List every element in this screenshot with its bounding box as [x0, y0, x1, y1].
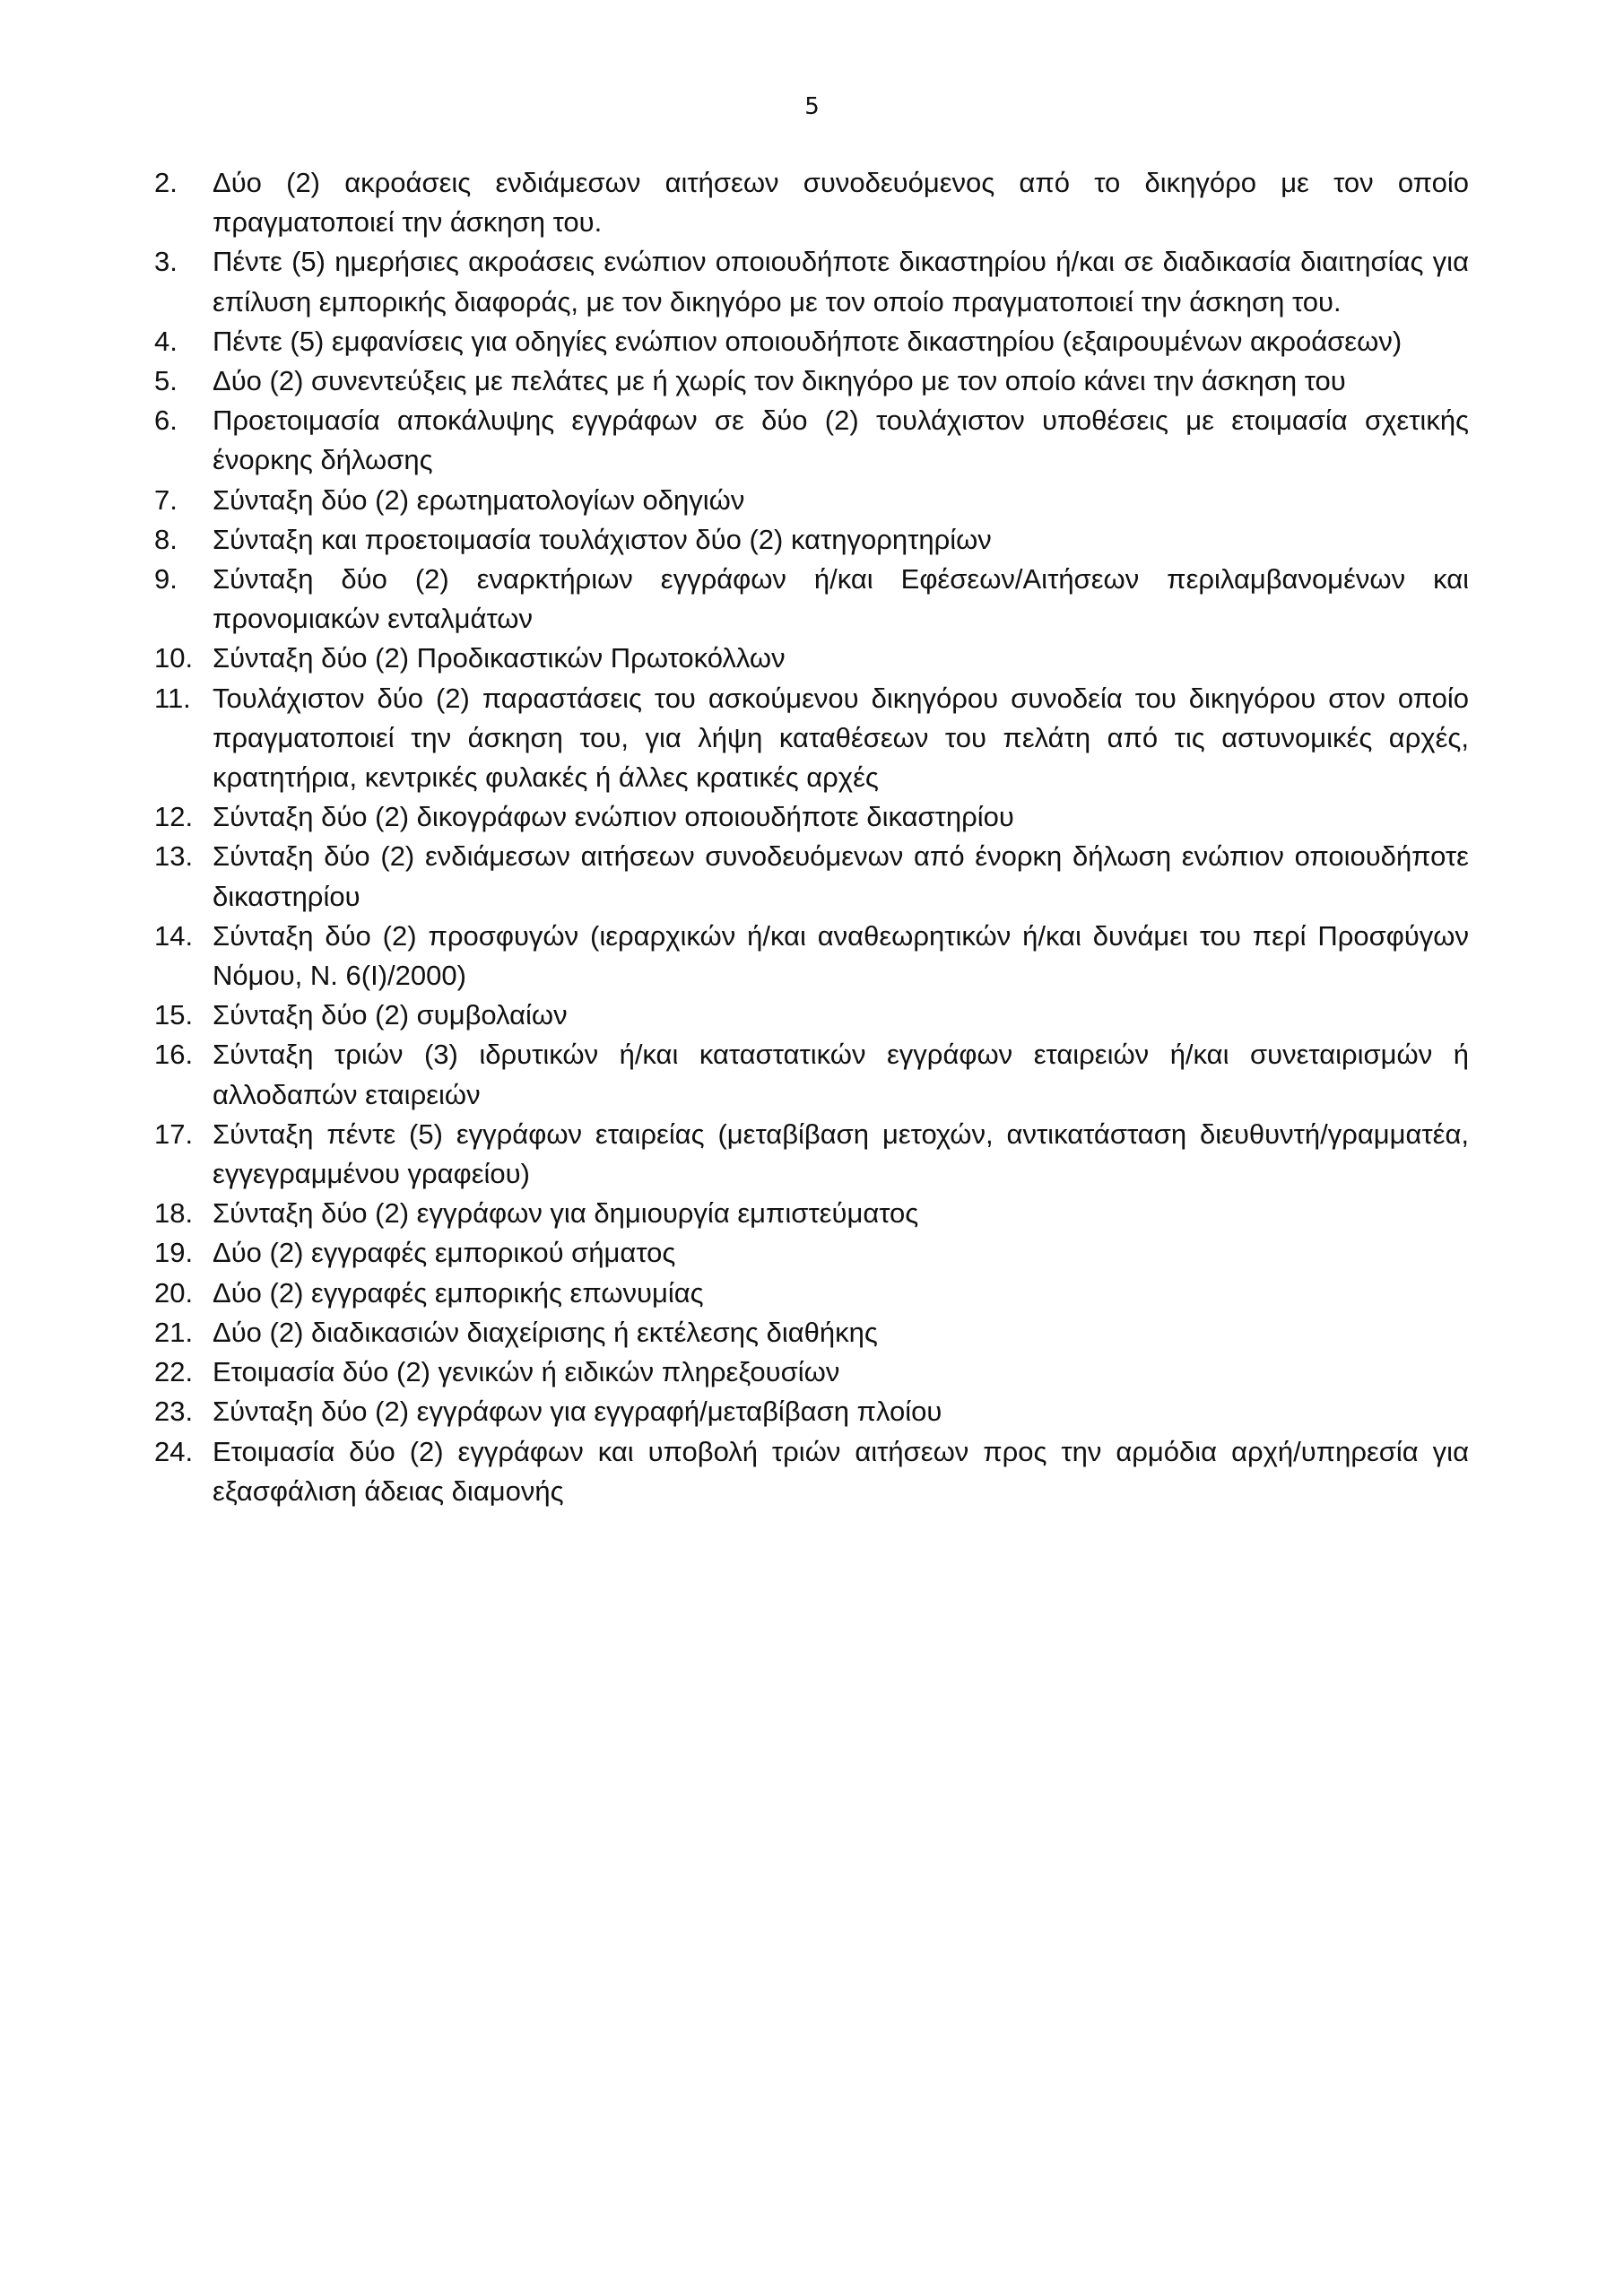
list-item: 10. Σύνταξη δύο (2) Προδικαστικών Πρωτοκ…	[154, 639, 1469, 678]
list-item-number: 2.	[154, 163, 178, 203]
list-item: 2. Δύο (2) ακροάσεις ενδιάμεσων αιτήσεων…	[154, 163, 1469, 242]
list-item-text: Δύο (2) εγγραφές εμπορικής επωνυμίας	[213, 1274, 1469, 1313]
list-item: 16. Σύνταξη τριών (3) ιδρυτικών ή/και κα…	[154, 1035, 1469, 1114]
list-item-number: 11.	[154, 679, 191, 718]
list-item-number: 24.	[154, 1432, 193, 1472]
list-item-text: Σύνταξη πέντε (5) εγγράφων εταιρείας (με…	[213, 1115, 1469, 1194]
list-item: 9. Σύνταξη δύο (2) εναρκτήριων εγγράφων …	[154, 560, 1469, 639]
list-item-text: Σύνταξη και προετοιμασία τουλάχιστον δύο…	[213, 520, 1469, 560]
list-item-number: 8.	[154, 520, 178, 560]
list-item: 19. Δύο (2) εγγραφές εμπορικού σήματος	[154, 1233, 1469, 1273]
list-item-number: 5.	[154, 361, 178, 401]
list-item-text: Σύνταξη δύο (2) ερωτηματολογίων οδηγιών	[213, 481, 1469, 520]
list-item: 14. Σύνταξη δύο (2) προσφυγών (ιεραρχικώ…	[154, 917, 1469, 996]
list-item-text: Δύο (2) εγγραφές εμπορικού σήματος	[213, 1233, 1469, 1273]
list-item-text: Σύνταξη δύο (2) προσφυγών (ιεραρχικών ή/…	[213, 917, 1469, 996]
list-item: 12. Σύνταξη δύο (2) δικογράφων ενώπιον ο…	[154, 797, 1469, 837]
document-page: 5 2. Δύο (2) ακροάσεις ενδιάμεσων αιτήσε…	[0, 0, 1624, 2296]
list-item-number: 23.	[154, 1392, 193, 1431]
list-item-number: 12.	[154, 797, 193, 837]
page-number: 5	[0, 93, 1624, 120]
list-item-number: 9.	[154, 560, 178, 599]
list-item: 17. Σύνταξη πέντε (5) εγγράφων εταιρείας…	[154, 1115, 1469, 1194]
list-item: 7. Σύνταξη δύο (2) ερωτηματολογίων οδηγι…	[154, 481, 1469, 520]
list-item: 6. Προετοιμασία αποκάλυψης εγγράφων σε δ…	[154, 401, 1469, 480]
list-item: 24. Ετοιμασία δύο (2) εγγράφων και υποβο…	[154, 1432, 1469, 1511]
requirements-list: 2. Δύο (2) ακροάσεις ενδιάμεσων αιτήσεων…	[154, 163, 1469, 1511]
list-item: 21. Δύο (2) διαδικασιών διαχείρισης ή εκ…	[154, 1313, 1469, 1352]
list-item-number: 17.	[154, 1115, 193, 1154]
list-item-number: 20.	[154, 1274, 193, 1313]
list-item-number: 14.	[154, 917, 193, 956]
list-item-number: 3.	[154, 242, 178, 282]
list-item: 11. Τουλάχιστον δύο (2) παραστάσεις του …	[154, 679, 1469, 798]
list-item-number: 15.	[154, 996, 193, 1035]
list-item-text: Δύο (2) ακροάσεις ενδιάμεσων αιτήσεων συ…	[213, 163, 1469, 242]
list-item-text: Σύνταξη δύο (2) Προδικαστικών Πρωτοκόλλω…	[213, 639, 1469, 678]
list-item: 5. Δύο (2) συνεντεύξεις με πελάτες με ή …	[154, 361, 1469, 401]
list-item: 18. Σύνταξη δύο (2) εγγράφων για δημιουρ…	[154, 1194, 1469, 1233]
list-item: 4. Πέντε (5) εμφανίσεις για οδηγίες ενώπ…	[154, 322, 1469, 361]
list-item: 22. Ετοιμασία δύο (2) γενικών ή ειδικών …	[154, 1352, 1469, 1392]
list-item-number: 7.	[154, 481, 178, 520]
list-item: 15. Σύνταξη δύο (2) συμβολαίων	[154, 996, 1469, 1035]
list-item-text: Πέντε (5) εμφανίσεις για οδηγίες ενώπιον…	[213, 322, 1469, 361]
list-item-number: 21.	[154, 1313, 193, 1352]
list-item-number: 6.	[154, 401, 178, 440]
list-item-text: Ετοιμασία δύο (2) γενικών ή ειδικών πληρ…	[213, 1352, 1469, 1392]
list-item-number: 22.	[154, 1352, 193, 1392]
list-item-text: Σύνταξη δύο (2) συμβολαίων	[213, 996, 1469, 1035]
list-item-number: 19.	[154, 1233, 193, 1273]
list-item-text: Προετοιμασία αποκάλυψης εγγράφων σε δύο …	[213, 401, 1469, 480]
list-item-number: 13.	[154, 837, 193, 876]
list-item-text: Σύνταξη δύο (2) εγγράφων για δημιουργία …	[213, 1194, 1469, 1233]
list-item-text: Δύο (2) συνεντεύξεις με πελάτες με ή χωρ…	[213, 361, 1469, 401]
list-item-text: Σύνταξη δύο (2) ενδιάμεσων αιτήσεων συνο…	[213, 837, 1469, 916]
list-item-text: Σύνταξη δύο (2) δικογράφων ενώπιον οποιο…	[213, 797, 1469, 837]
list-item-number: 4.	[154, 322, 178, 361]
list-item-number: 18.	[154, 1194, 193, 1233]
list-item-number: 10.	[154, 639, 193, 678]
list-item: 23. Σύνταξη δύο (2) εγγράφων για εγγραφή…	[154, 1392, 1469, 1431]
list-item: 13. Σύνταξη δύο (2) ενδιάμεσων αιτήσεων …	[154, 837, 1469, 916]
list-item: 20. Δύο (2) εγγραφές εμπορικής επωνυμίας	[154, 1274, 1469, 1313]
list-item: 8. Σύνταξη και προετοιμασία τουλάχιστον …	[154, 520, 1469, 560]
list-item: 3. Πέντε (5) ημερήσιες ακροάσεις ενώπιον…	[154, 242, 1469, 321]
list-item-text: Δύο (2) διαδικασιών διαχείρισης ή εκτέλε…	[213, 1313, 1469, 1352]
list-item-text: Σύνταξη δύο (2) εναρκτήριων εγγράφων ή/κ…	[213, 560, 1469, 639]
list-item-text: Τουλάχιστον δύο (2) παραστάσεις του ασκο…	[213, 679, 1469, 798]
list-item-number: 16.	[154, 1035, 193, 1074]
list-item-text: Σύνταξη τριών (3) ιδρυτικών ή/και καταστ…	[213, 1035, 1469, 1114]
list-item-text: Ετοιμασία δύο (2) εγγράφων και υποβολή τ…	[213, 1432, 1469, 1511]
list-item-text: Πέντε (5) ημερήσιες ακροάσεις ενώπιον οπ…	[213, 242, 1469, 321]
list-item-text: Σύνταξη δύο (2) εγγράφων για εγγραφή/μετ…	[213, 1392, 1469, 1431]
